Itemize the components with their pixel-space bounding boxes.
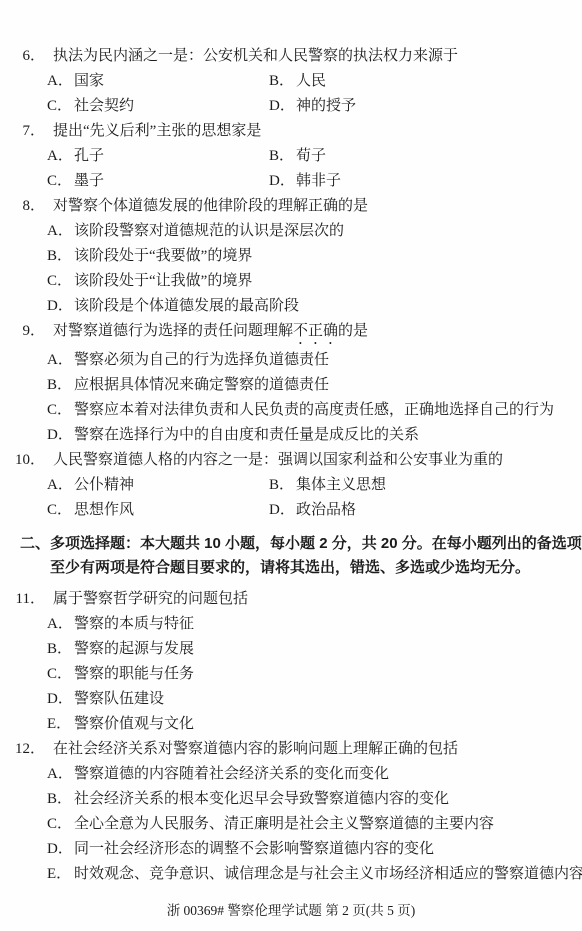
section-numeral: 二、 <box>20 532 50 580</box>
option-label: D． <box>269 169 296 194</box>
option-item: A．警察道德的内容随着社会经济关系的变化而变化 <box>47 762 582 787</box>
option-text: 警察在选择行为中的自由度和责任量是成反比的关系 <box>74 423 419 448</box>
option-item: B．社会经济关系的根本变化迟早会导致警察道德内容的变化 <box>47 787 582 812</box>
option-item: B．应根据具体情况来确定警察的道德责任 <box>47 373 582 398</box>
exam-content: 6．执法为民内涵之一是：公安机关和人民警察的执法权力来源于A．国家B．人民C．社… <box>0 44 582 887</box>
option-text: 应根据具体情况来确定警察的道德责任 <box>74 373 329 398</box>
option-label: D． <box>269 498 296 523</box>
section-header: 二、多项选择题：本大题共 10 小题，每小题 2 分，共 20 分。在每小题列出… <box>0 532 582 580</box>
option-item: B．集体主义思想 <box>269 473 582 498</box>
section-header-text: 多项选择题：本大题共 10 小题，每小题 2 分，共 20 分。在每小题列出的备… <box>50 532 582 580</box>
option-item: C．全心全意为人民服务、清正廉明是社会主义警察道德的主要内容 <box>47 812 582 837</box>
option-text: 荀子 <box>296 144 326 169</box>
exam-paper-page: 6．执法为民内涵之一是：公安机关和人民警察的执法权力来源于A．国家B．人民C．社… <box>0 0 582 931</box>
question-number: 10． <box>0 448 45 473</box>
option-item: D．警察在选择行为中的自由度和责任量是成反比的关系 <box>47 423 582 448</box>
question-stem: 对警察个体道德发展的他律阶段的理解正确的是 <box>53 194 368 219</box>
option-text: 墨子 <box>74 169 104 194</box>
question-number: 7． <box>0 119 45 144</box>
stem-segment: 执法为民内涵之一是：公安机关和人民警察的执法权力来源于 <box>53 48 458 64</box>
question-stem-row: 10．人民警察道德人格的内容之一是：强调以国家利益和公安事业为重的 <box>0 448 582 473</box>
option-label: C． <box>47 398 74 423</box>
question-stem: 对警察道德行为选择的责任问题理解不正确的是 <box>53 319 368 348</box>
option-item: C．警察应本着对法律负责和人民负责的高度责任感，正确地选择自己的行为 <box>47 398 582 423</box>
option-item: B．该阶段处于“我要做”的境界 <box>47 244 582 269</box>
question-stem: 在社会经济关系对警察道德内容的影响问题上理解正确的包括 <box>53 737 458 762</box>
option-item: A．该阶段警察对道德规范的认识是深层次的 <box>47 219 582 244</box>
option-label: C． <box>47 662 74 687</box>
option-label: C． <box>47 269 74 294</box>
option-item: A．公仆精神 <box>47 473 269 498</box>
option-text: 警察必须为自己的行为选择负道德责任 <box>74 348 329 373</box>
question-block: 10．人民警察道德人格的内容之一是：强调以国家利益和公安事业为重的A．公仆精神B… <box>0 448 582 523</box>
option-text: 思想作风 <box>74 498 134 523</box>
option-label: B． <box>269 473 296 498</box>
section-header-line: 至少有两项是符合题目要求的，请将其选出，错选、多选或少选均无分。 <box>50 556 582 580</box>
option-item: E．警察价值观与文化 <box>47 712 582 737</box>
option-label: A． <box>47 348 74 373</box>
question-stem: 人民警察道德人格的内容之一是：强调以国家利益和公安事业为重的 <box>53 448 503 473</box>
stem-segment: 对警察道德行为选择的责任问题理解 <box>53 323 293 339</box>
options-list: A．孔子B．荀子C．墨子D．韩非子 <box>47 144 582 194</box>
option-text: 神的授予 <box>296 94 356 119</box>
option-label: A． <box>47 219 74 244</box>
option-item: A．孔子 <box>47 144 269 169</box>
option-text: 警察价值观与文化 <box>74 712 194 737</box>
question-block: 11．属于警察哲学研究的问题包括A．警察的本质与特征B．警察的起源与发展C．警察… <box>0 587 582 737</box>
option-item: D．警察队伍建设 <box>47 687 582 712</box>
option-item: A．国家 <box>47 69 269 94</box>
question-stem: 属于警察哲学研究的问题包括 <box>53 587 248 612</box>
options-list: A．警察必须为自己的行为选择负道德责任B．应根据具体情况来确定警察的道德责任C．… <box>0 348 582 448</box>
question-stem-row: 6．执法为民内涵之一是：公安机关和人民警察的执法权力来源于 <box>0 44 582 69</box>
question-stem: 执法为民内涵之一是：公安机关和人民警察的执法权力来源于 <box>53 44 458 69</box>
option-text: 韩非子 <box>296 169 341 194</box>
options-list: A．国家B．人民C．社会契约D．神的授予 <box>47 69 582 119</box>
option-item: D．政治品格 <box>269 498 582 523</box>
question-stem: 提出“先义后利”主张的思想家是 <box>53 119 261 144</box>
footer-text: 浙 00369# 警察伦理学试题 第 2 页(共 5 页) <box>167 903 416 918</box>
option-text: 警察应本着对法律负责和人民负责的高度责任感，正确地选择自己的行为 <box>74 398 554 423</box>
option-label: B． <box>47 637 74 662</box>
question-number: 9． <box>0 319 45 348</box>
option-label: B． <box>47 787 74 812</box>
option-label: C． <box>47 812 74 837</box>
option-text: 国家 <box>74 69 104 94</box>
option-label: C． <box>47 498 74 523</box>
option-label: E． <box>47 712 74 737</box>
stem-segment: 人民警察道德人格的内容之一是：强调以国家利益和公安事业为重的 <box>53 452 503 468</box>
option-item: D．神的授予 <box>269 94 582 119</box>
option-label: D． <box>47 687 74 712</box>
stem-segment: 属于警察哲学研究的问题包括 <box>53 591 248 607</box>
option-item: B．荀子 <box>269 144 582 169</box>
option-item: C．该阶段处于“让我做”的境界 <box>47 269 582 294</box>
option-text: 社会经济关系的根本变化迟早会导致警察道德内容的变化 <box>74 787 449 812</box>
option-text: 时效观念、竞争意识、诚信理念是与社会主义市场经济相适应的警察道德内容 <box>74 862 582 887</box>
option-label: A． <box>47 762 74 787</box>
option-text: 社会契约 <box>74 94 134 119</box>
option-item: C．思想作风 <box>47 498 269 523</box>
question-stem-row: 8．对警察个体道德发展的他律阶段的理解正确的是 <box>0 194 582 219</box>
option-text: 警察的本质与特征 <box>74 612 194 637</box>
option-text: 政治品格 <box>296 498 356 523</box>
option-item: C．社会契约 <box>47 94 269 119</box>
option-text: 警察道德的内容随着社会经济关系的变化而变化 <box>74 762 389 787</box>
stem-segment: 不正确 <box>293 323 338 339</box>
question-block: 12．在社会经济关系对警察道德内容的影响问题上理解正确的包括A．警察道德的内容随… <box>0 737 582 887</box>
question-stem-row: 9．对警察道德行为选择的责任问题理解不正确的是 <box>0 319 582 348</box>
option-item: C．墨子 <box>47 169 269 194</box>
option-label: C． <box>47 169 74 194</box>
question-number: 12． <box>0 737 45 762</box>
question-number: 8． <box>0 194 45 219</box>
options-list: A．该阶段警察对道德规范的认识是深层次的B．该阶段处于“我要做”的境界C．该阶段… <box>0 219 582 319</box>
option-item: B．人民 <box>269 69 582 94</box>
question-block: 7．提出“先义后利”主张的思想家是A．孔子B．荀子C．墨子D．韩非子 <box>0 119 582 194</box>
question-number: 11． <box>0 587 45 612</box>
option-item: C．警察的职能与任务 <box>47 662 582 687</box>
option-label: A． <box>47 69 74 94</box>
page-footer: 浙 00369# 警察伦理学试题 第 2 页(共 5 页) <box>0 903 582 919</box>
option-text: 孔子 <box>74 144 104 169</box>
question-number: 6． <box>0 44 45 69</box>
option-item: A．警察的本质与特征 <box>47 612 582 637</box>
stem-segment: 对警察个体道德发展的他律阶段的理解正确的是 <box>53 198 368 214</box>
option-text: 该阶段是个体道德发展的最高阶段 <box>74 294 299 319</box>
option-text: 警察的职能与任务 <box>74 662 194 687</box>
option-text: 全心全意为人民服务、清正廉明是社会主义警察道德的主要内容 <box>74 812 494 837</box>
option-item: D．同一社会经济形态的调整不会影响警察道德内容的变化 <box>47 837 582 862</box>
question-stem-row: 7．提出“先义后利”主张的思想家是 <box>0 119 582 144</box>
option-label: C． <box>47 94 74 119</box>
options-list: A．警察道德的内容随着社会经济关系的变化而变化B．社会经济关系的根本变化迟早会导… <box>0 762 582 887</box>
option-label: A． <box>47 144 74 169</box>
option-label: D． <box>269 94 296 119</box>
option-label: B． <box>47 244 74 269</box>
option-text: 该阶段处于“我要做”的境界 <box>74 244 252 269</box>
option-label: A． <box>47 473 74 498</box>
section-header-line: 多项选择题：本大题共 10 小题，每小题 2 分，共 20 分。在每小题列出的备… <box>50 532 582 556</box>
option-label: D． <box>47 423 74 448</box>
option-label: A． <box>47 612 74 637</box>
option-text: 警察队伍建设 <box>74 687 164 712</box>
option-text: 警察的起源与发展 <box>74 637 194 662</box>
option-item: B．警察的起源与发展 <box>47 637 582 662</box>
option-label: B． <box>47 373 74 398</box>
options-list: A．警察的本质与特征B．警察的起源与发展C．警察的职能与任务D．警察队伍建设E．… <box>0 612 582 737</box>
option-label: E． <box>47 862 74 887</box>
option-text: 人民 <box>296 69 326 94</box>
option-item: D．该阶段是个体道德发展的最高阶段 <box>47 294 582 319</box>
option-item: E．时效观念、竞争意识、诚信理念是与社会主义市场经济相适应的警察道德内容 <box>47 862 582 887</box>
question-stem-row: 12．在社会经济关系对警察道德内容的影响问题上理解正确的包括 <box>0 737 582 762</box>
option-label: B． <box>269 144 296 169</box>
option-item: A．警察必须为自己的行为选择负道德责任 <box>47 348 582 373</box>
options-list: A．公仆精神B．集体主义思想C．思想作风D．政治品格 <box>47 473 582 523</box>
option-label: D． <box>47 837 74 862</box>
option-label: B． <box>269 69 296 94</box>
question-stem-row: 11．属于警察哲学研究的问题包括 <box>0 587 582 612</box>
option-item: D．韩非子 <box>269 169 582 194</box>
stem-segment: 在社会经济关系对警察道德内容的影响问题上理解正确的包括 <box>53 741 458 757</box>
question-block: 6．执法为民内涵之一是：公安机关和人民警察的执法权力来源于A．国家B．人民C．社… <box>0 44 582 119</box>
option-label: D． <box>47 294 74 319</box>
option-text: 公仆精神 <box>74 473 134 498</box>
option-text: 集体主义思想 <box>296 473 386 498</box>
option-text: 该阶段警察对道德规范的认识是深层次的 <box>74 219 344 244</box>
question-block: 8．对警察个体道德发展的他律阶段的理解正确的是A．该阶段警察对道德规范的认识是深… <box>0 194 582 319</box>
option-text: 同一社会经济形态的调整不会影响警察道德内容的变化 <box>74 837 434 862</box>
question-block: 9．对警察道德行为选择的责任问题理解不正确的是A．警察必须为自己的行为选择负道德… <box>0 319 582 448</box>
stem-segment: 的是 <box>338 323 368 339</box>
stem-segment: 提出“先义后利”主张的思想家是 <box>53 123 261 139</box>
option-text: 该阶段处于“让我做”的境界 <box>74 269 252 294</box>
